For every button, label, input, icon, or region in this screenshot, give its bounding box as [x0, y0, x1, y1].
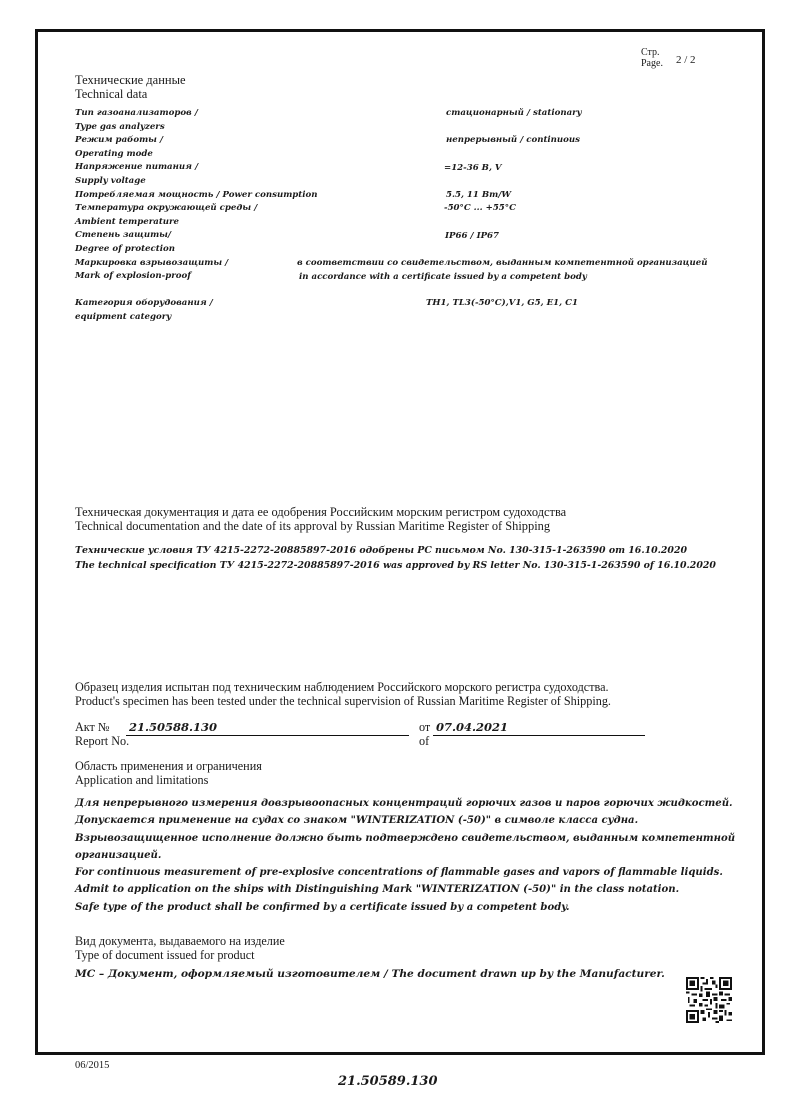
value-voltage: =12-36 В, V [444, 162, 502, 176]
approval-ru: Технические условия ТУ 4215-2272-2088589… [75, 543, 716, 558]
row-label: Supply voltage [75, 175, 318, 189]
value-mode: непрерывный / continuous [446, 134, 580, 148]
report-number-underline [126, 735, 409, 736]
row-label: Напряжение питания / [75, 161, 318, 175]
value-type: стационарный / stationary [446, 107, 582, 121]
value-explosion-mark: в соответствии со свидетельством, выданн… [297, 257, 708, 284]
row-label: Режим работы / [75, 134, 318, 148]
heading-ru: Техническая документация и дата ее одобр… [75, 505, 566, 519]
row-label: Degree of protection [75, 243, 318, 257]
of-label: от of [419, 720, 430, 748]
application-line: Для непрерывного измерения довзрывоопасн… [75, 795, 735, 812]
report-date-underline [433, 735, 645, 736]
application-line: Safe type of the product shall be confir… [75, 899, 735, 916]
value-power: 5.5, 11 Вт/W [446, 189, 511, 203]
page-label-en: Page. [641, 58, 663, 69]
row-label: Mark of explosion-proof [75, 270, 318, 284]
tech-doc-heading: Техническая документация и дата ее одобр… [75, 505, 566, 533]
report-label: Акт № Report No. [75, 720, 129, 748]
row-label: Тип газоанализаторов / [75, 107, 318, 121]
page-label-ru: Стр. [641, 47, 663, 58]
technical-data-labels: Тип газоанализаторов / Type gas analyzer… [75, 107, 318, 284]
heading-en: Technical documentation and the date of … [75, 519, 566, 533]
of-label-ru: от [419, 720, 430, 734]
approval-en: The technical specification ТУ 4215-2272… [75, 558, 716, 573]
heading-ru: Вид документа, выдаваемого на изделие [75, 934, 285, 948]
value-ru: в соответствии со свидетельством, выданн… [297, 257, 708, 271]
specimen-heading: Образец изделия испытан под техническим … [75, 680, 611, 708]
value-en: in accordance with a certificate issued … [297, 271, 708, 285]
row-label: equipment category [75, 311, 213, 325]
value-category: TH1, TL3(-50°C),V1, G5, E1, C1 [426, 297, 578, 311]
of-label-en: of [419, 734, 430, 748]
row-label: Потребляемая мощность / Power consumptio… [75, 189, 318, 203]
heading-en: Technical data [75, 87, 186, 101]
report-number: 21.50588.130 [129, 720, 217, 734]
report-label-en: Report No. [75, 734, 129, 748]
application-text: Для непрерывного измерения довзрывоопасн… [75, 795, 735, 916]
row-label: Маркировка взрывозащиты / [75, 257, 318, 271]
value-protection: IP66 / IP67 [445, 230, 499, 244]
value-temperature: -50°C ... +55°C [444, 202, 516, 216]
report-date: 07.04.2021 [436, 720, 508, 734]
document-type-value: МС – Документ, оформляемый изготовителем… [75, 968, 665, 980]
heading-en: Application and limitations [75, 773, 262, 787]
application-line: Допускается применение на судах со знако… [75, 812, 735, 829]
heading-en: Type of document issued for product [75, 948, 285, 962]
row-label: Температура окружающей среды / [75, 202, 318, 216]
row-label: Категория оборудования / [75, 297, 213, 311]
application-line: Взрывозащищенное исполнение должно быть … [75, 830, 735, 847]
application-heading: Область применения и ограничения Applica… [75, 759, 262, 787]
row-label: Степень защиты/ [75, 229, 318, 243]
heading-ru: Технические данные [75, 73, 186, 87]
technical-data-heading: Технические данные Technical data [75, 73, 186, 101]
heading-ru: Образец изделия испытан под техническим … [75, 680, 611, 694]
tech-doc-approval: Технические условия ТУ 4215-2272-2088589… [75, 543, 716, 573]
heading-en: Product's specimen has been tested under… [75, 694, 611, 708]
document-type-heading: Вид документа, выдаваемого на изделие Ty… [75, 934, 285, 962]
application-line: Admit to application on the ships with D… [75, 881, 735, 898]
application-line: организацией. [75, 847, 735, 864]
qr-code-icon [686, 977, 732, 1023]
page-number: 2 / 2 [676, 54, 696, 66]
heading-ru: Область применения и ограничения [75, 759, 262, 773]
row-label: Operating mode [75, 148, 318, 162]
form-date: 06/2015 [75, 1060, 109, 1071]
category-label: Категория оборудования / equipment categ… [75, 297, 213, 324]
row-label: Ambient temperature [75, 216, 318, 230]
row-label: Type gas analyzers [75, 121, 318, 135]
document-number: 21.50589.130 [338, 1074, 438, 1089]
report-label-ru: Акт № [75, 720, 129, 734]
page-label: Стр. Page. [641, 47, 663, 69]
application-line: For continuous measurement of pre-explos… [75, 864, 735, 881]
